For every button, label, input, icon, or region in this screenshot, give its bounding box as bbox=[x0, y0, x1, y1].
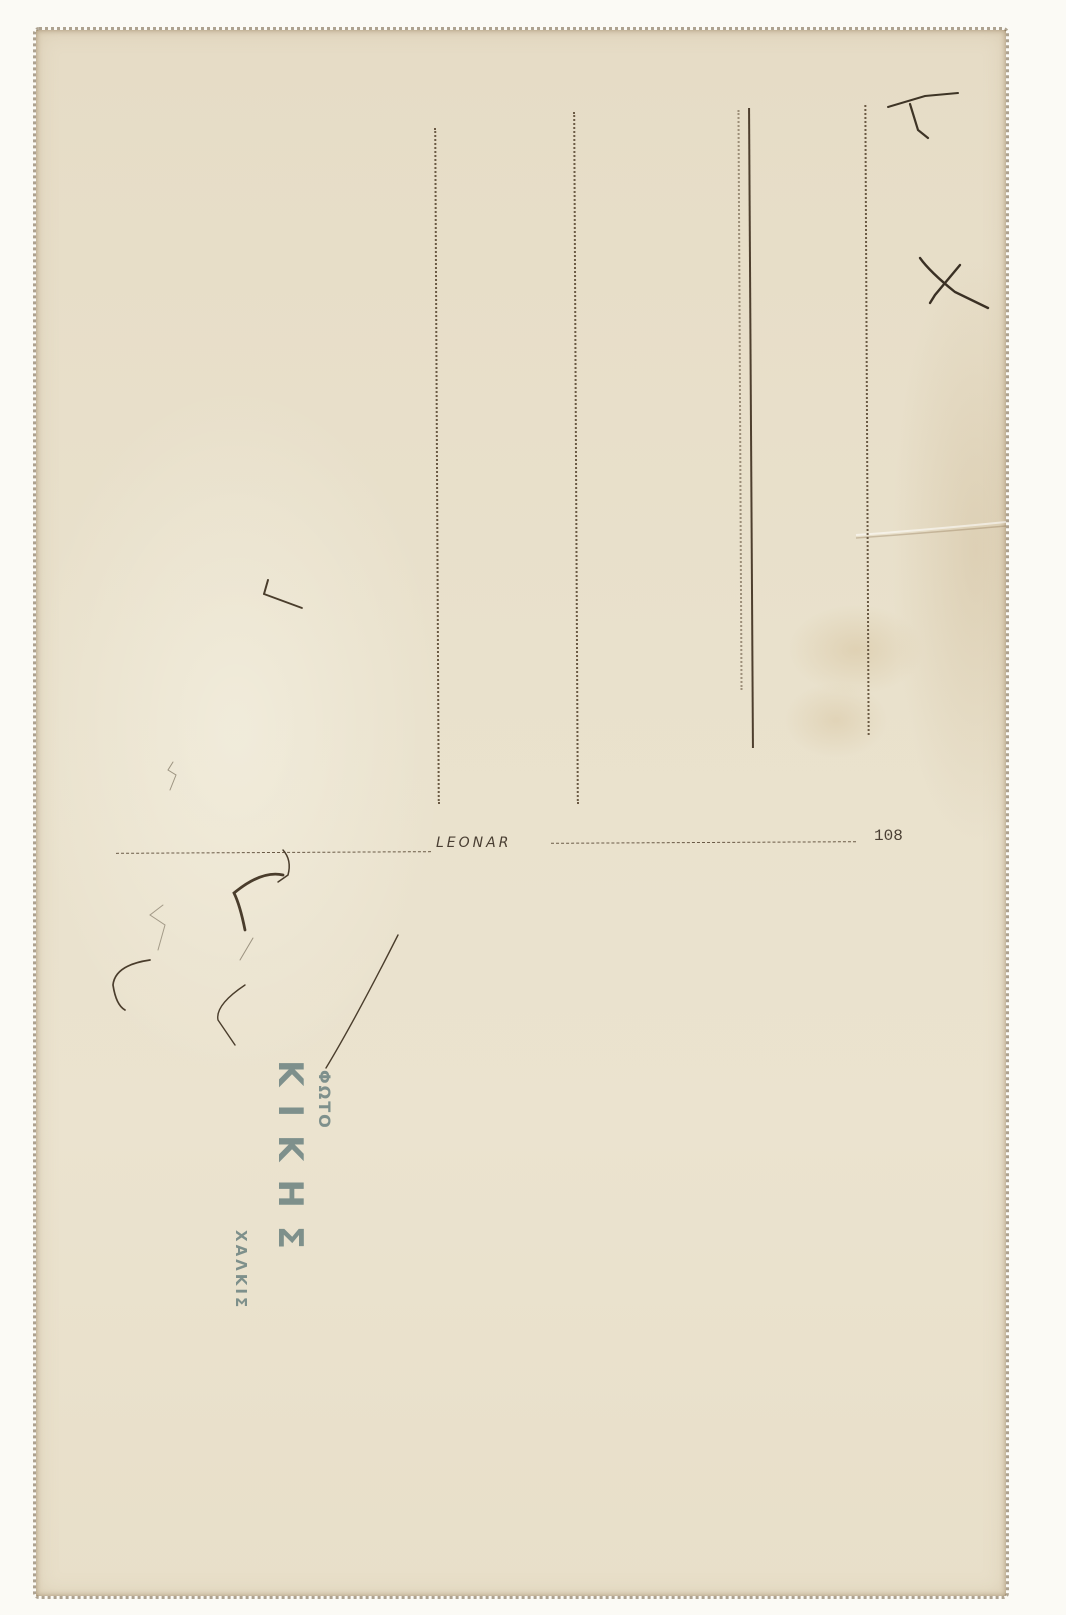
tick-mark-icon bbox=[888, 93, 958, 138]
scribble-icon bbox=[113, 580, 398, 1068]
x-mark-icon bbox=[920, 258, 988, 308]
pencil-marks bbox=[0, 0, 1066, 1615]
